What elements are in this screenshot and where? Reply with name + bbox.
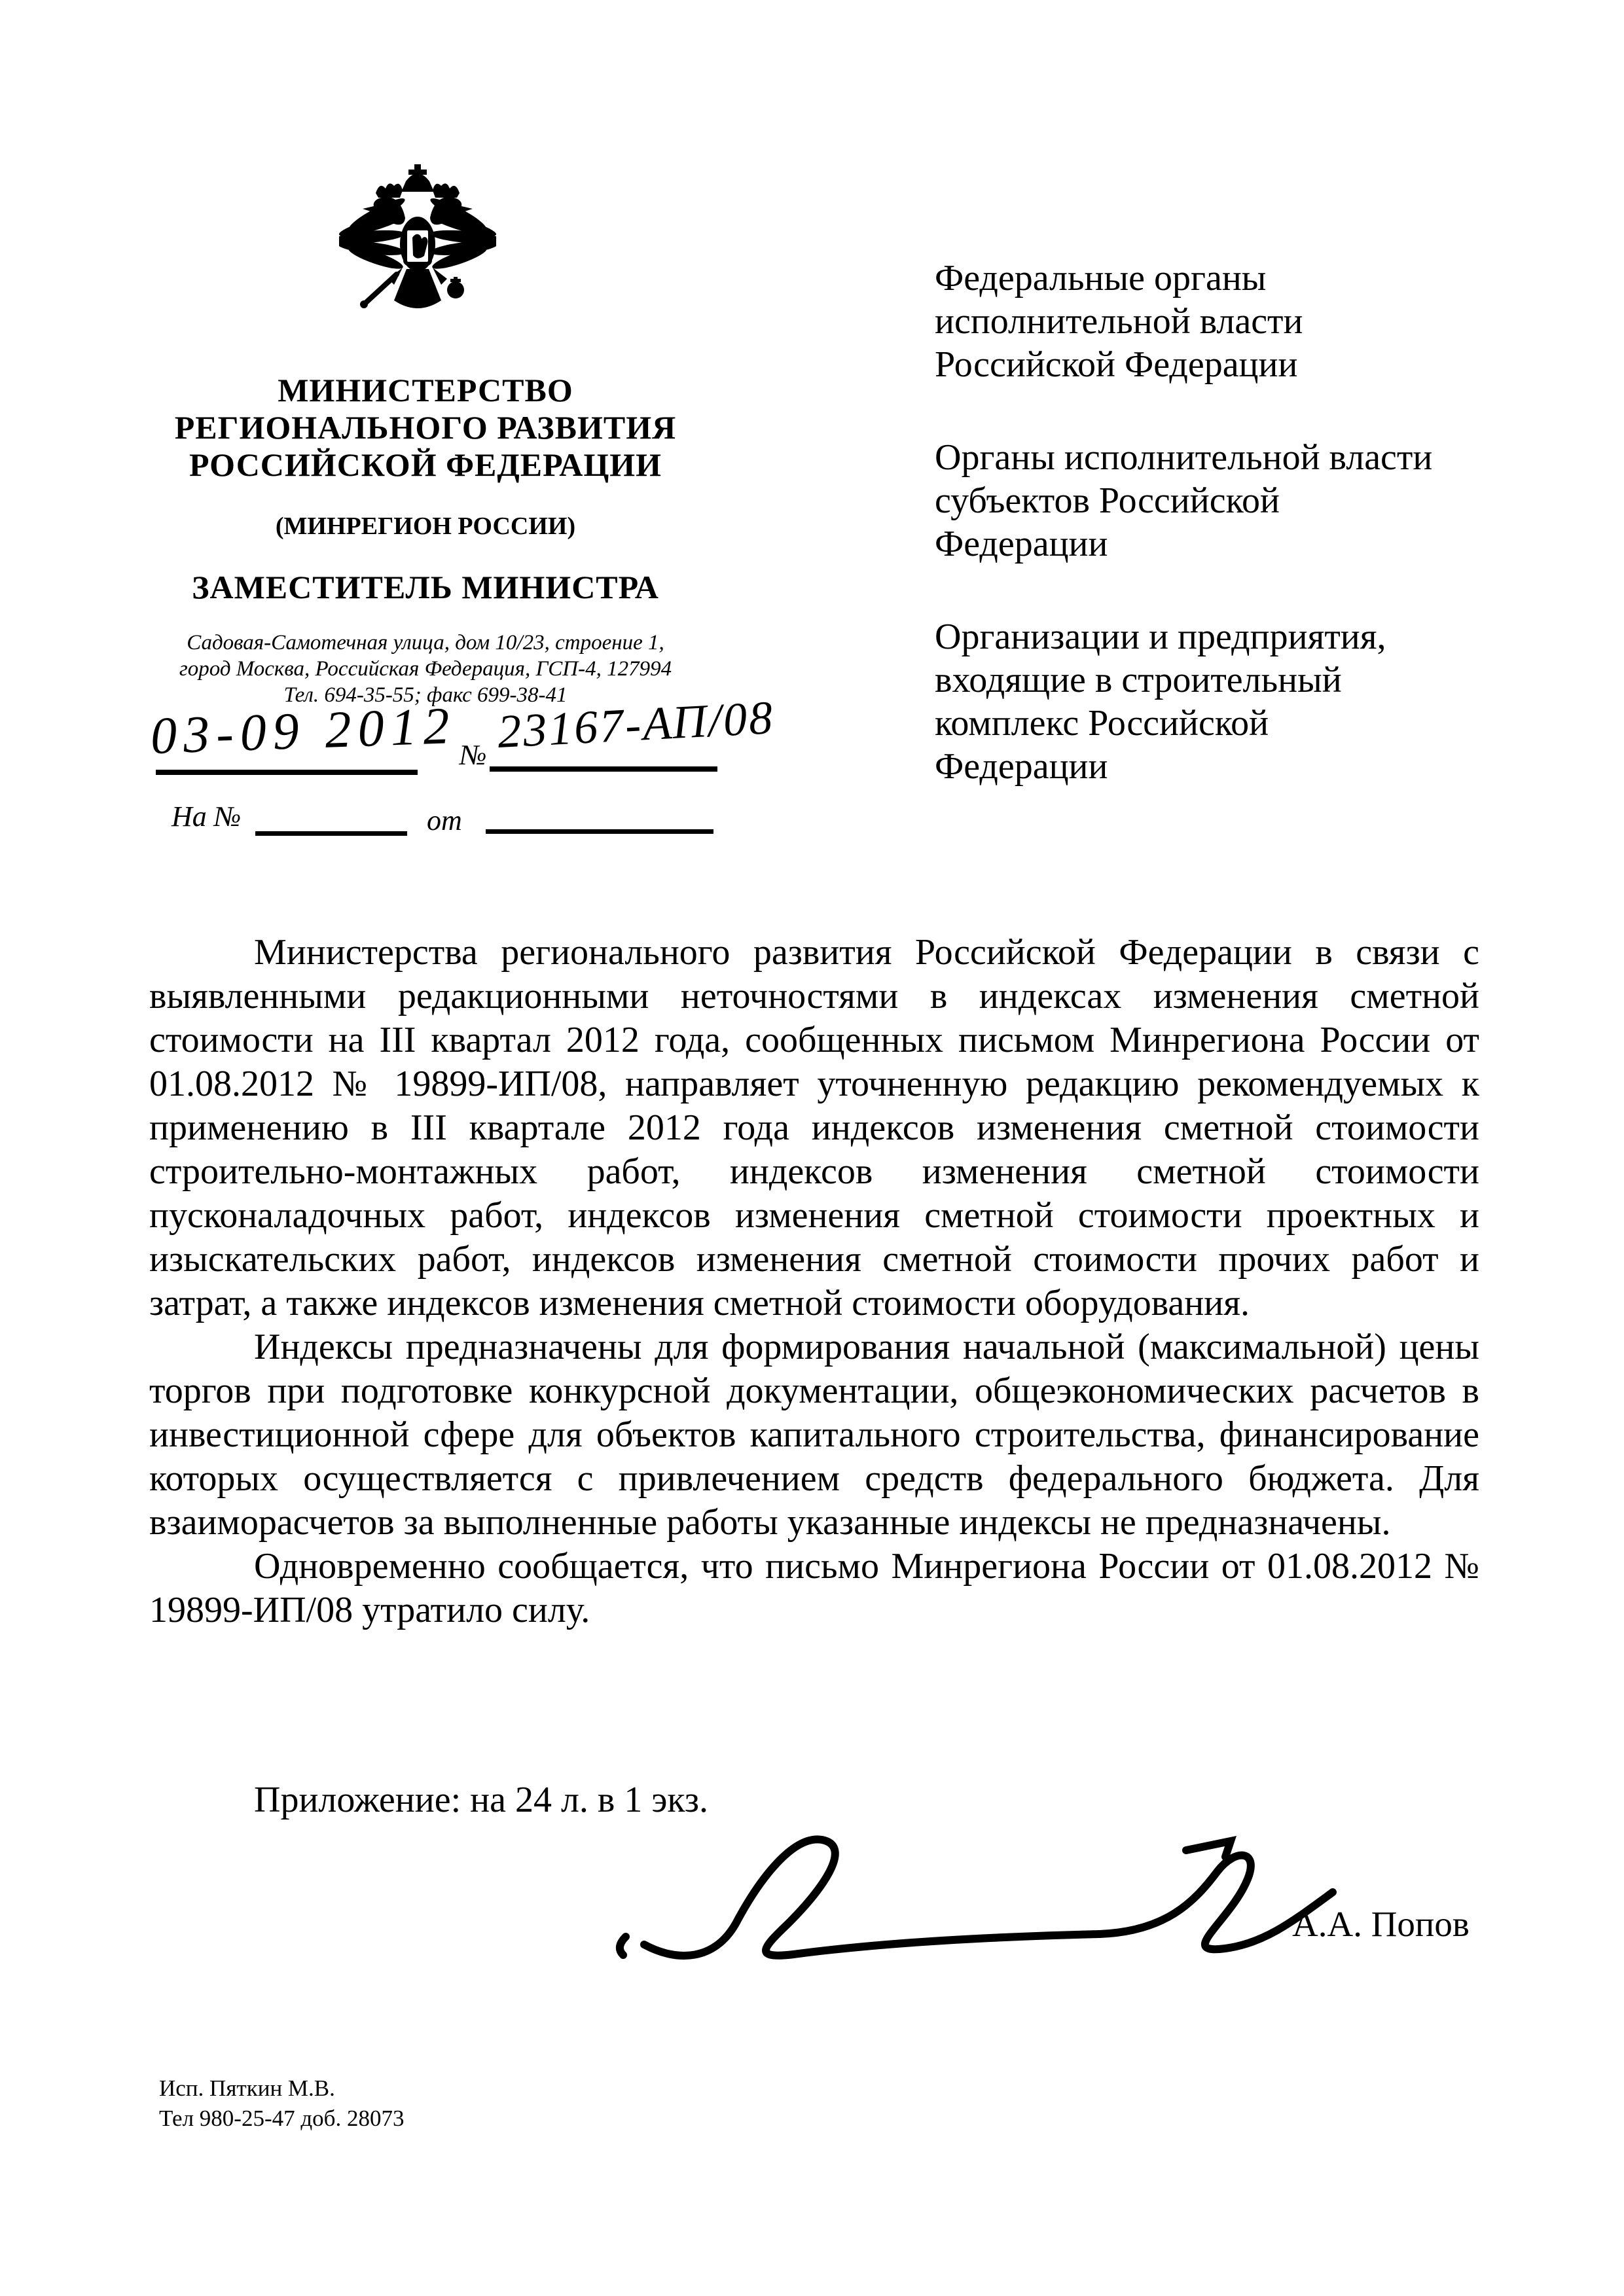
ministry-name-line3: РОССИЙСКОЙ ФЕДЕРАЦИИ — [98, 446, 753, 484]
date-underline — [156, 770, 418, 775]
recipient-line: Федерации — [935, 745, 1511, 788]
ministry-name-line1: МИНИСТЕРСТВО — [98, 372, 753, 409]
recipient-federal-bodies: Федеральные органы исполнительной власти… — [935, 257, 1511, 386]
attachment-note: Приложение: на 24 л. в 1 экз. — [254, 1779, 708, 1821]
letter-body: Министерства регионального развития Росс… — [149, 931, 1479, 1632]
reply-number-label: На № — [171, 800, 241, 833]
recipient-regional-bodies: Органы исполнительной власти субъектов Р… — [935, 436, 1511, 565]
executor-block: Исп. Пяткин М.В. Тел 980-25-47 доб. 2807… — [159, 2073, 404, 2134]
recipient-line: Федеральные органы — [935, 257, 1511, 300]
reply-date-label: от — [427, 804, 462, 837]
recipient-line: субъектов Российской — [935, 479, 1511, 522]
recipient-line: входящие в строительный — [935, 658, 1511, 702]
number-sign: № — [460, 738, 487, 772]
recipient-construction-organizations: Организации и предприятия, входящие в ст… — [935, 615, 1511, 788]
ministry-short-name: (МИНРЕГИОН РОССИИ) — [98, 512, 753, 541]
recipients-block: Федеральные органы исполнительной власти… — [935, 257, 1511, 838]
address-line2: город Москва, Российская Федерация, ГСП-… — [85, 656, 766, 682]
recipient-line: Российской Федерации — [935, 343, 1511, 386]
body-paragraph-2: Индексы предназначены для формирования н… — [149, 1325, 1479, 1545]
scanned-letter-page: МИНИСТЕРСТВО РЕГИОНАЛЬНОГО РАЗВИТИЯ РОСС… — [0, 0, 1624, 2296]
position-title: ЗАМЕСТИТЕЛЬ МИНИСТРА — [98, 568, 753, 606]
address-line1: Садовая-Самотечная улица, дом 10/23, стр… — [85, 630, 766, 656]
reply-date-blank — [486, 829, 713, 834]
recipient-line: Органы исполнительной власти — [935, 436, 1511, 479]
executor-name: Исп. Пяткин М.В. — [159, 2073, 404, 2104]
handwritten-date: 03-09 2012 — [150, 696, 458, 766]
ministry-name: МИНИСТЕРСТВО РЕГИОНАЛЬНОГО РАЗВИТИЯ РОСС… — [98, 372, 753, 484]
recipient-line: Федерации — [935, 522, 1511, 565]
recipient-line: исполнительной власти — [935, 300, 1511, 343]
signature-flourish — [615, 1816, 1348, 1960]
body-paragraph-3: Одновременно сообщается, что письмо Минр… — [149, 1545, 1479, 1632]
ministry-name-line2: РЕГИОНАЛЬНОГО РАЗВИТИЯ — [98, 409, 753, 446]
reply-number-blank — [255, 831, 407, 836]
number-underline — [490, 766, 717, 772]
recipient-line: комплекс Российской — [935, 702, 1511, 745]
executor-phone: Тел 980-25-47 доб. 28073 — [159, 2104, 404, 2134]
recipient-line: Организации и предприятия, — [935, 615, 1511, 658]
body-paragraph-1: Министерства регионального развития Росс… — [149, 931, 1479, 1325]
signer-name: А.А. Попов — [1292, 1903, 1470, 1945]
coat-of-arms-icon — [339, 164, 496, 329]
